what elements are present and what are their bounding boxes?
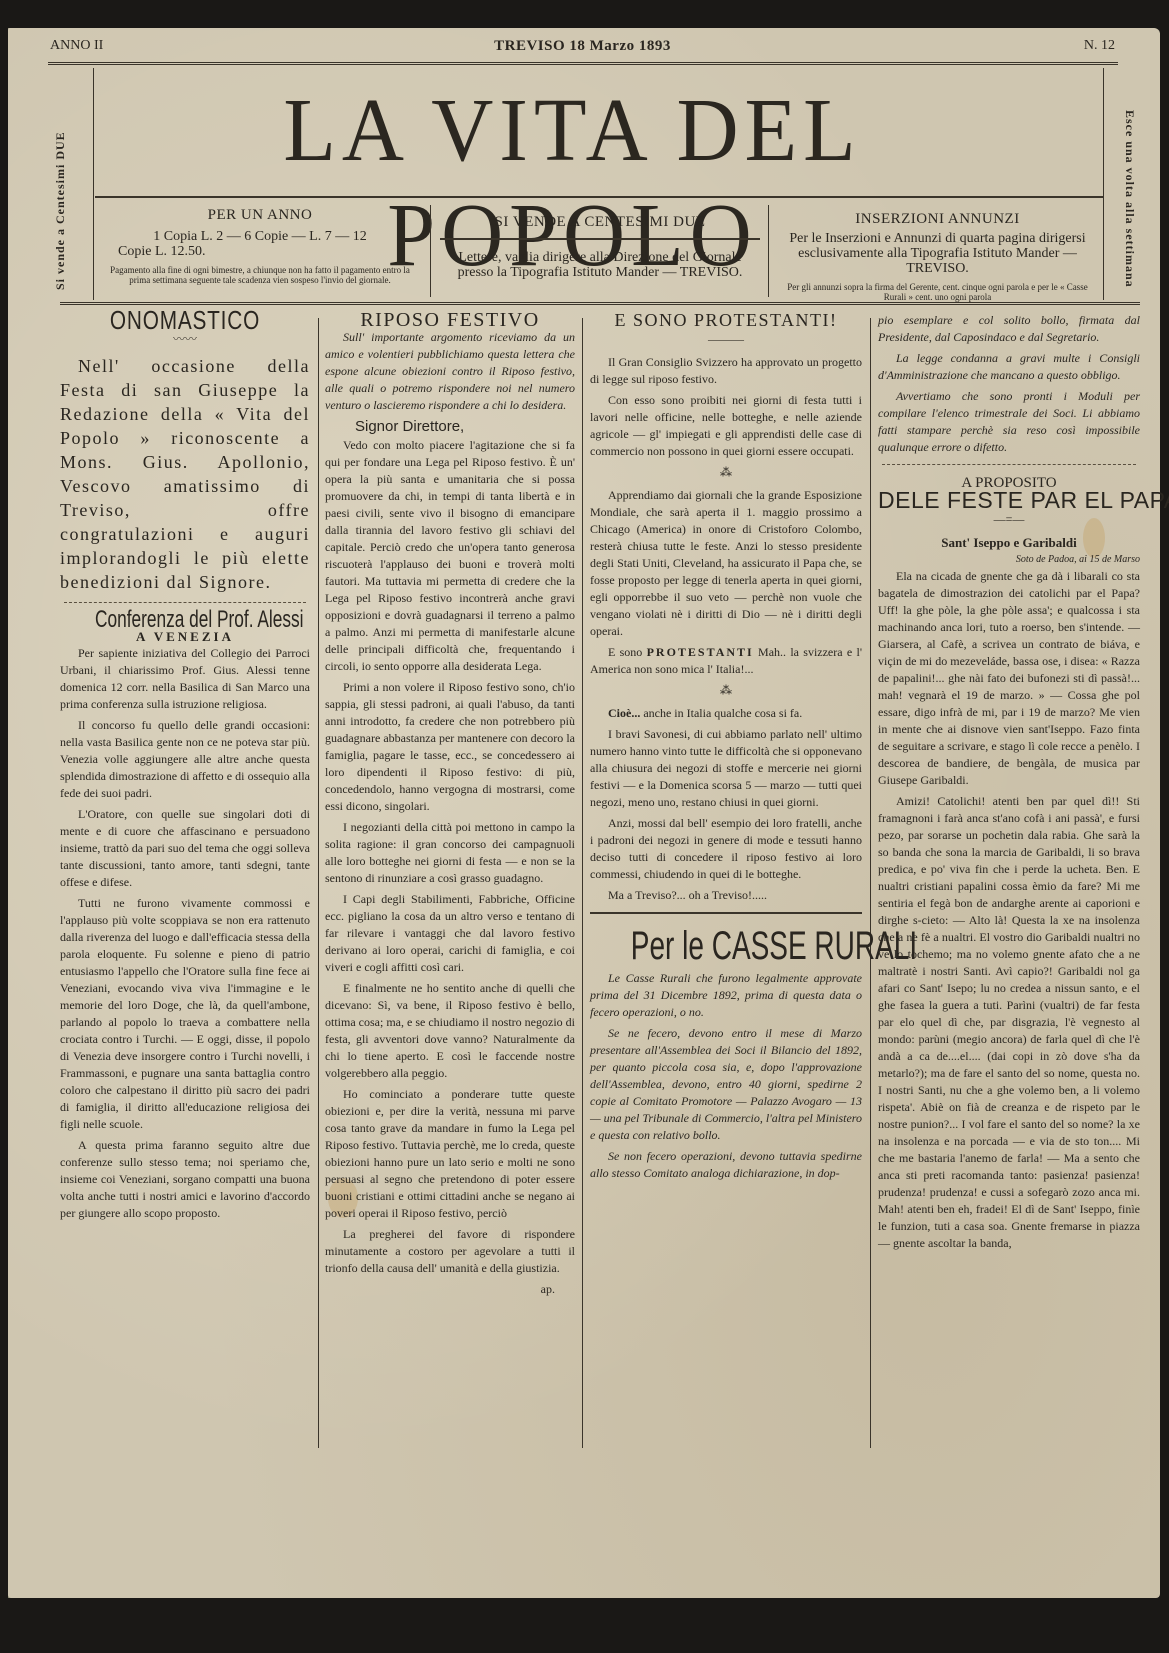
wavy-rule [882,464,1136,465]
paragraph: Ela na cicada de gnente che ga dà i liba… [878,568,1140,789]
paragraph: Apprendiamo dai giornali che la grande E… [590,487,862,640]
ornament: —=— [878,511,1140,528]
subscription-prices: 1 Copia L. 2 — 6 Copie — L. 7 — 12 [100,229,420,244]
article-title-riposo-festivo: RIPOSO FESTIVO [325,312,575,329]
article-title-feste-papa: DELE FESTE PAR EL PAPA [878,492,1140,509]
column-3: E SONO PROTESTANTI! ——— Il Gran Consigli… [590,312,862,1186]
issue-number: N. 12 [1084,38,1115,54]
subscription-heading: PER UN ANNO [100,208,420,223]
side-note-right: Esce una volta alla settimana [1122,110,1138,290]
paragraph: I Capi degli Stabilimenti, Fabbriche, Of… [325,891,575,976]
price-text: Lettere, vaglia dirigere alla Direzione … [440,250,760,280]
ornament: ——— [590,331,862,348]
article-subtitle: Sant' Iseppo e Garibaldi [878,534,1140,551]
masthead-rule [48,62,1118,65]
paragraph: Per sapiente iniziativa del Collegio dei… [60,645,310,713]
paragraph: E sono PROTESTANTI Mah.. la svizzera e l… [590,644,862,678]
box-divider [430,205,431,297]
bold-protestanti: PROTESTANTI [647,645,754,659]
paragraph: Amizi! Catolichi! atenti ben par quel dì… [878,793,1140,1252]
column-1: ONOMASTICO 〰〰 Nell' occasione della Fest… [60,312,310,1226]
paragraph: Il concorso fu quello delle grandi occas… [60,717,310,802]
column-4: pio esemplare e col solito bollo, firmat… [878,312,1140,1256]
article-title-onomastico: ONOMASTICO [85,312,285,329]
article-title-casse-rurali: Per le CASSE RURALI [631,922,821,970]
paragraph: Anzi, mossi dal bell' esempio dei loro f… [590,815,862,883]
ads-box: INSERZIONI ANNUNZI Per le Inserzioni e A… [775,212,1100,302]
paragraph: Con esso sono proibiti nei giorni di fes… [590,392,862,460]
column-divider [870,318,871,1448]
paragraph: L'Oratore, con quelle sue singolari doti… [60,806,310,891]
asterism: ⁂ [590,682,862,699]
signature: ap. [325,1281,575,1298]
subscription-note: Pagamento alla fine di ogni bimestre, a … [100,265,420,285]
side-note-left: Si vende a Centesimi DUE [52,110,68,290]
subscription-box: PER UN ANNO 1 Copia L. 2 — 6 Copie — L. … [100,208,420,285]
paragraph: Se non fecero operazioni, devono tuttavi… [590,1148,862,1182]
paragraph: E finalmente ne ho sentito anche di quel… [325,980,575,1082]
paragraph: Se ne fecero, devono entro il mese di Ma… [590,1025,862,1144]
paragraph: A questa prima faranno seguito altre due… [60,1137,310,1222]
issue-date: TREVISO 18 Marzo 1893 [50,38,1115,55]
paragraph: Primi a non volere il Riposo festivo son… [325,679,575,815]
title-rule [95,196,1103,198]
article-title-conferenza: Conferenza del Prof. Alessi [95,611,275,628]
column-2: RIPOSO FESTIVO Sull' importante argoment… [325,312,575,1298]
article-dateline: Soto de Padoa, ai 15 de Marso [878,551,1140,568]
article-intro: Sull' importante argomento riceviamo da … [325,329,575,414]
onomastico-text: Nell' occasione della Festa di san Giuse… [60,354,310,594]
paragraph: Vedo con molto piacere l'agitazione che … [325,437,575,675]
paragraph: pio esemplare e col solito bollo, firmat… [878,312,1140,346]
paragraph: La pregherei del favore di rispondere mi… [325,1226,575,1277]
paragraph: Tutti ne furono vivamente commossi e l'a… [60,895,310,1133]
asterism: ⁂ [590,464,862,481]
subscription-prices-2: Copie L. 12.50. [100,244,420,259]
paragraph: Ma a Treviso?... oh a Treviso!..... [590,887,862,904]
paragraph: Avvertiamo che sono pronti i Moduli per … [878,388,1140,456]
column-divider [582,318,583,1448]
ads-text: Per le Inserzioni e Annunzi di quarta pa… [775,231,1100,276]
wavy-rule [64,602,306,603]
paragraph: La legge condanna a gravi multe i Consig… [878,350,1140,384]
column-divider [318,318,319,1448]
ads-note: Per gli annunzi sopra la firma del Geren… [775,282,1100,302]
masthead-top-line: ANNO II TREVISO 18 Marzo 1893 N. 12 [50,38,1115,58]
paragraph: Il Gran Consiglio Svizzero ha approvato … [590,354,862,388]
price-box: SI VENDE A CENTESIMI DUE Lettere, vaglia… [440,215,760,280]
frame-line [1103,68,1104,300]
letter-salutation: Signor Direttore, [325,418,575,435]
paragraph: Cioè... anche in Italia qualche cosa si … [590,705,862,722]
price-heading: SI VENDE A CENTESIMI DUE [440,215,760,230]
bold-cioe: Cioè... [608,706,640,720]
ads-heading: INSERZIONI ANNUNZI [775,212,1100,227]
paragraph: Ho cominciato a ponderare tutte queste o… [325,1086,575,1222]
paragraph: I bravi Savonesi, di cui abbiamo parlato… [590,726,862,811]
frame-line [93,68,94,300]
box-divider [768,205,769,297]
article-title-protestanti: E SONO PROTESTANTI! [590,312,862,329]
paragraph: Le Casse Rurali che furono legalmente ap… [590,970,862,1021]
paragraph: I negozianti della città poi mettono in … [325,819,575,887]
